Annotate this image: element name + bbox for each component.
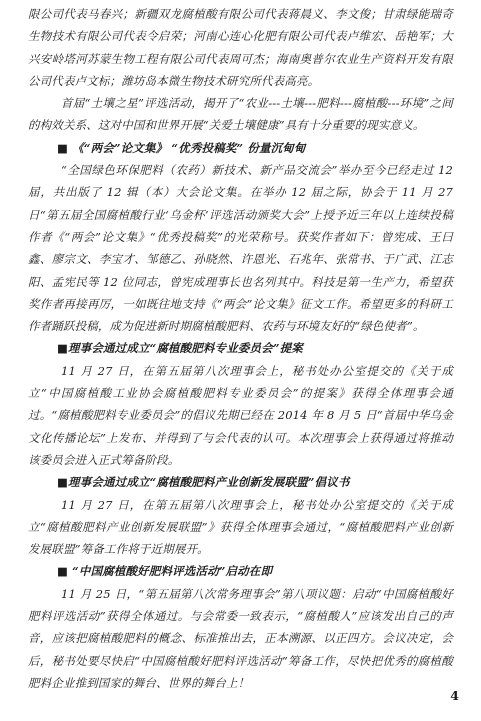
paragraph-fertilizer-committee-proposal: 11 月 27 日，在第五届第八次理事会上，秘书处办公室提交的《关于成立“中国腐… bbox=[28, 360, 453, 471]
paragraph-good-fertilizer-selection: 11 月 25 日，“第五届第八次常务理事会”第八项议题：启动“中国腐植酸好肥料… bbox=[28, 583, 453, 694]
document-body: 限公司代表马春兴；新疆双龙腐植酸有限公司代表蒋晨义、李文俊；甘肃绿能瑞奇生物技术… bbox=[28, 0, 453, 694]
heading-fertilizer-committee-proposal: ■理事会通过成立“腐植酸肥料专业委员会”提案 bbox=[28, 337, 453, 359]
heading-paper-collection-award: ■ 《“两会”论文集》 “优秀投稿奖” 份量沉甸甸 bbox=[28, 137, 453, 159]
paragraph-paper-collection-award: “全国绿色环保肥料（农药）新技术、新产品交流会”举办至今已经走过 12 届，共出… bbox=[28, 159, 453, 337]
document-page: 限公司代表马春兴；新疆双龙腐植酸有限公司代表蒋晨义、李文俊；甘肃绿能瑞奇生物技术… bbox=[0, 0, 481, 721]
heading-innovation-alliance-proposal: ■理事会通过成立“腐植酸肥料产业创新发展联盟”倡议书 bbox=[28, 471, 453, 493]
page-number: 4 bbox=[450, 688, 459, 703]
heading-good-fertilizer-selection: ■ “中国腐植酸好肥料评选活动”启动在即 bbox=[28, 560, 453, 582]
paragraph-soil-star-activity: 首届“土壤之星”评选活动，揭开了“农业---土壤---肥料---腐植酸---环境… bbox=[28, 92, 453, 137]
paragraph-company-delegates-continuation: 限公司代表马春兴；新疆双龙腐植酸有限公司代表蒋晨义、李文俊；甘肃绿能瑞奇生物技术… bbox=[28, 3, 453, 92]
paragraph-innovation-alliance-proposal: 11 月 27 日，在第五届第八次理事会上，秘书处办公室提交的《关于成立“腐植酸… bbox=[28, 494, 453, 561]
